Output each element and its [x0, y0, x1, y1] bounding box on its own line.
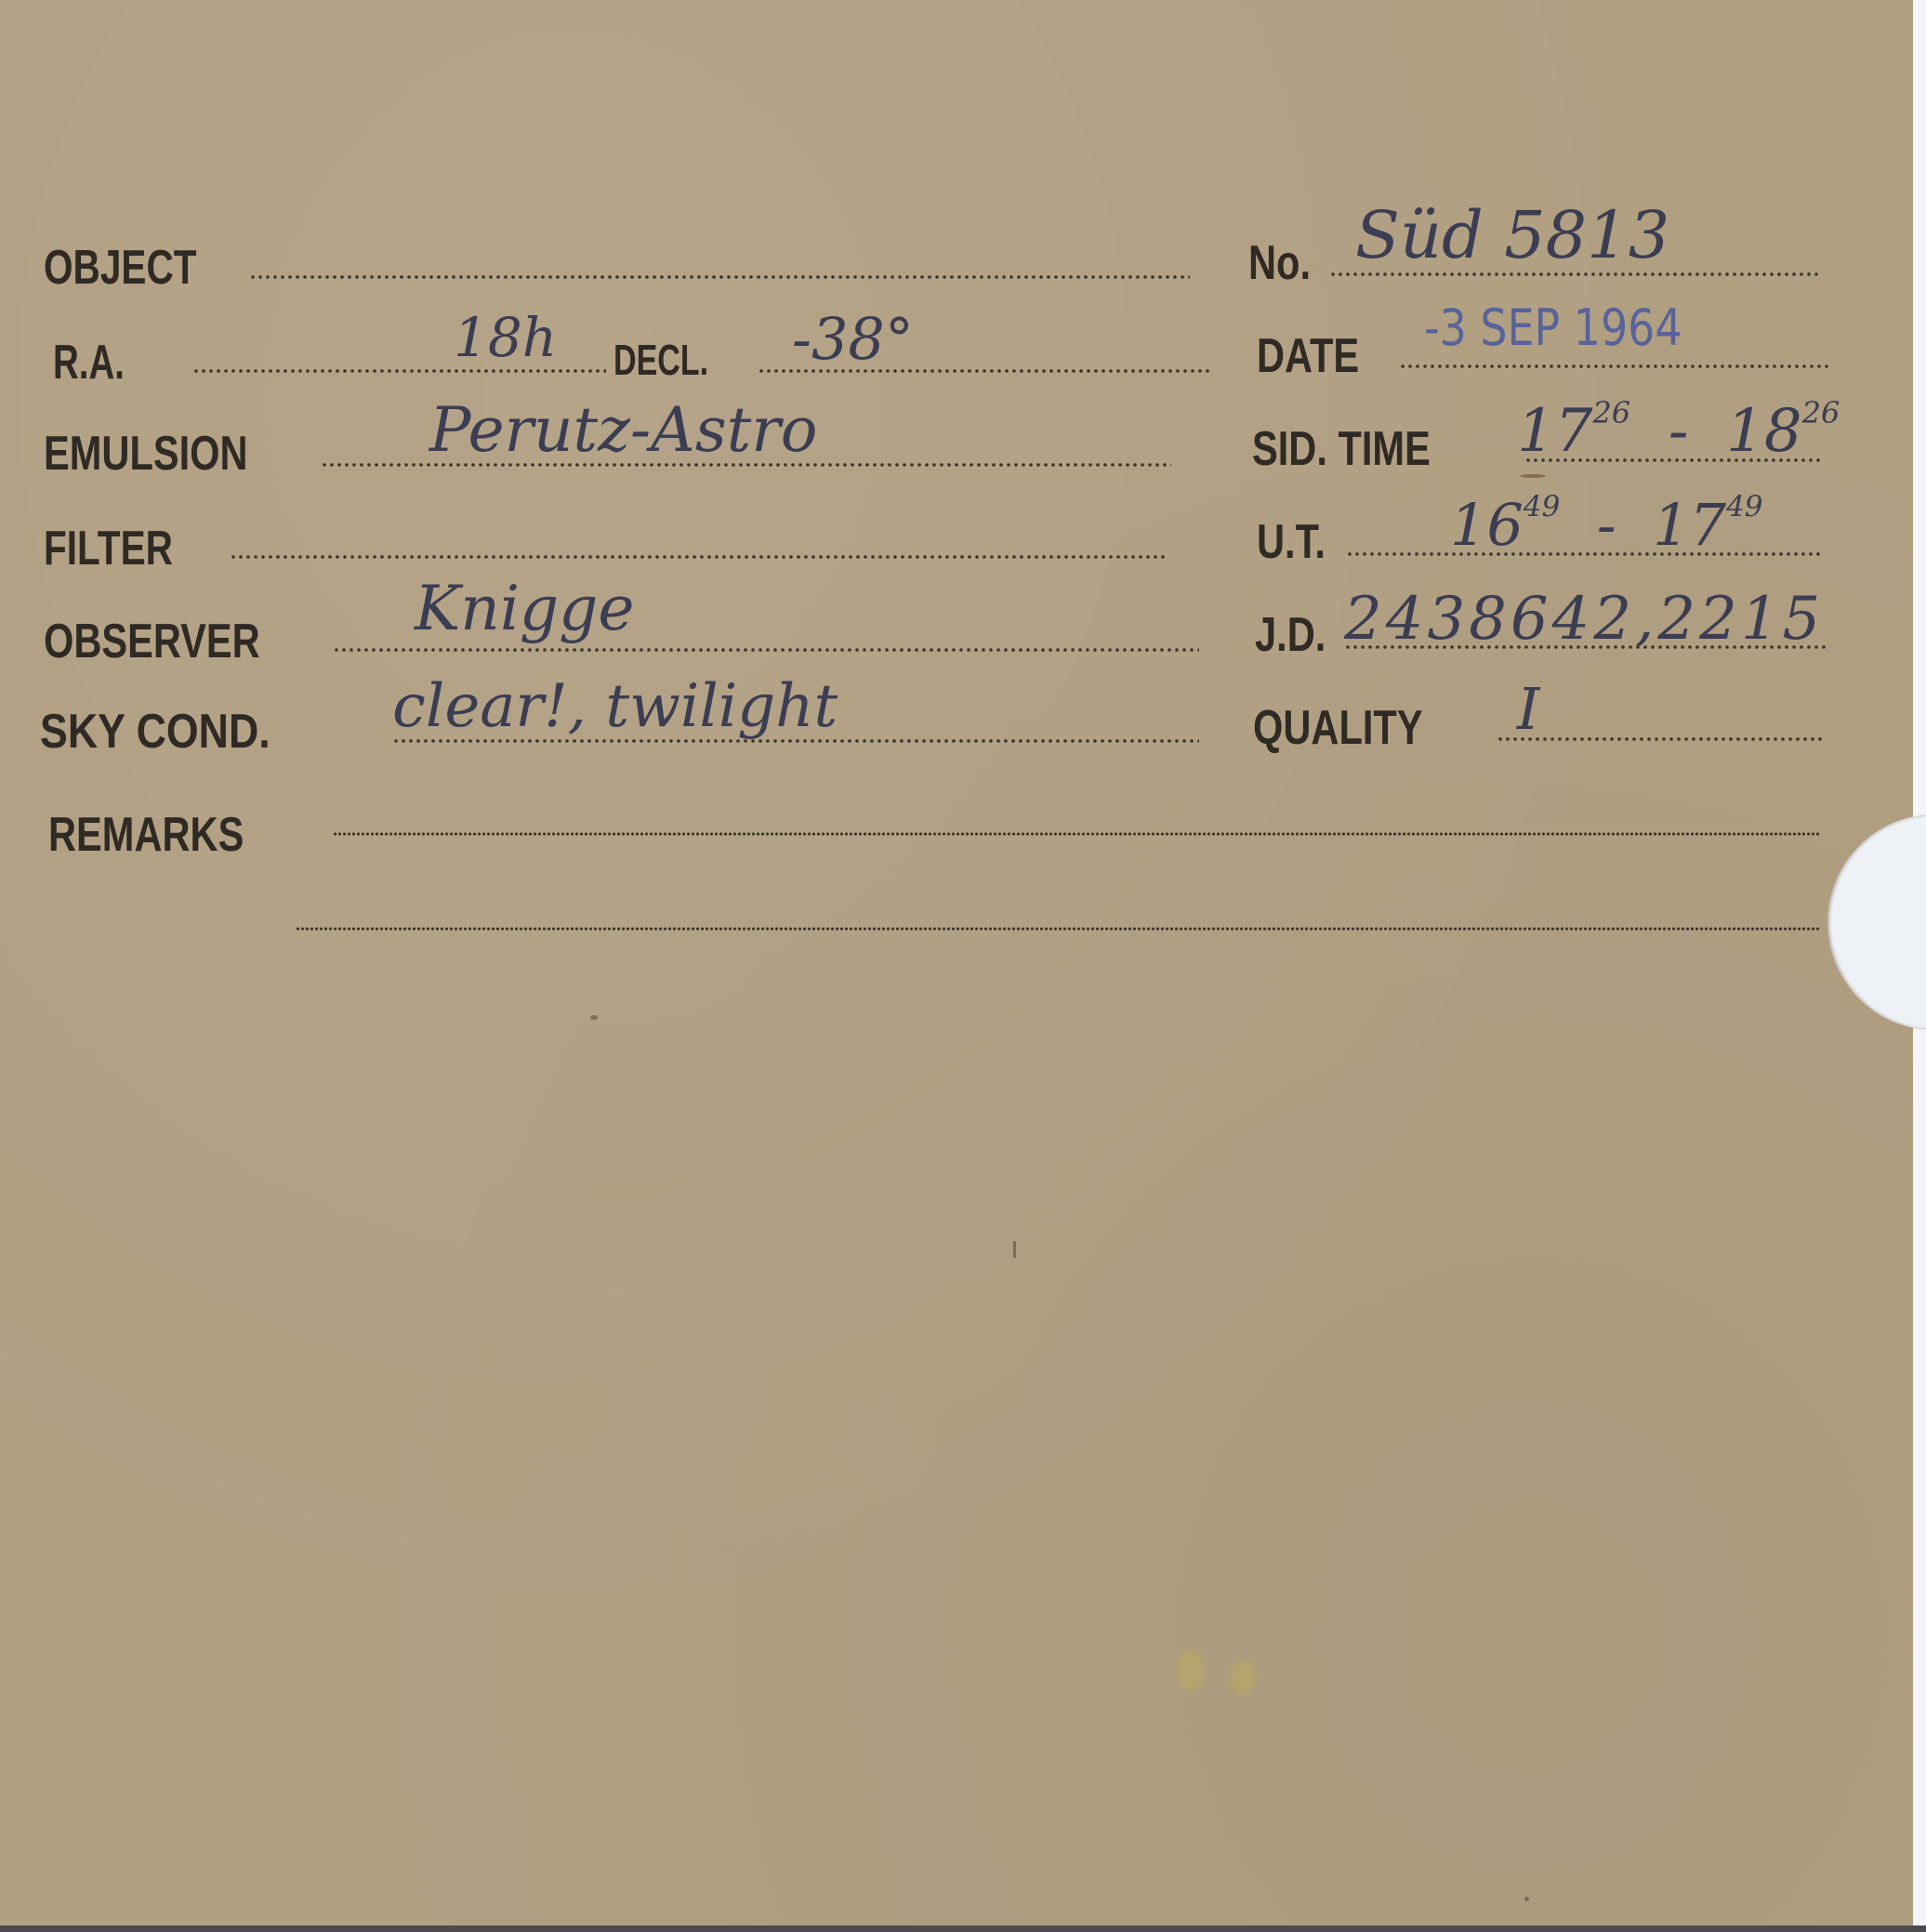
- remarks-label: REMARKS: [48, 811, 244, 859]
- remarks-dotted-line-2: [296, 927, 1820, 931]
- speck-mark: [590, 1015, 598, 1020]
- stain-mark: [1230, 1660, 1256, 1695]
- plate-envelope-card: OBJECT R.A. 18h DECL. -38° EMULSION Peru…: [0, 0, 1913, 1925]
- date-dotted-line: [1399, 364, 1829, 368]
- date-label: DATE: [1257, 332, 1359, 380]
- ut-label: U.T.: [1257, 518, 1326, 566]
- observer-label: OBSERVER: [44, 617, 260, 666]
- speck-mark: [1524, 1897, 1529, 1901]
- sky-cond-label: SKY COND.: [40, 708, 270, 756]
- emulsion-label: EMULSION: [44, 430, 248, 478]
- quality-label: QUALITY: [1253, 704, 1423, 752]
- quality-value: I: [1517, 681, 1540, 738]
- ut-start-min: 49: [1524, 490, 1560, 523]
- decl-value: -38°: [792, 311, 914, 368]
- sid-time-start-min: 26: [1592, 395, 1630, 430]
- sid-time-end-min: 26: [1802, 395, 1840, 430]
- date-stamp: -3 SEP 1964: [1424, 303, 1682, 353]
- object-dotted-line: [249, 275, 1190, 279]
- speck-mark: [1520, 474, 1546, 478]
- scan-bottom-edge: [0, 1925, 1926, 1932]
- decl-label: DECL.: [613, 338, 708, 381]
- ra-value: 18h: [454, 311, 557, 364]
- jd-value: 2438642,2215: [1344, 589, 1824, 649]
- speck-mark: [1013, 1241, 1016, 1258]
- quality-dotted-line: [1497, 737, 1822, 741]
- sid-time-value: 1726 - 1826: [1517, 402, 1840, 461]
- ut-start-hour: 16: [1450, 491, 1524, 559]
- observer-dotted-line: [333, 648, 1199, 652]
- filter-label: FILTER: [44, 524, 173, 573]
- jd-label: J.D.: [1255, 611, 1326, 659]
- sid-time-label: SID. TIME: [1252, 425, 1431, 473]
- stain-mark: [1176, 1650, 1206, 1691]
- remarks-dotted-line-1: [333, 832, 1820, 836]
- sky-cond-value: clear!, twilight: [392, 677, 838, 736]
- ut-end-hour: 17: [1653, 491, 1726, 559]
- emulsion-value: Perutz-Astro: [429, 400, 818, 461]
- no-value: Süd 5813: [1355, 203, 1669, 268]
- object-label: OBJECT: [44, 244, 197, 292]
- ut-end-min: 49: [1726, 490, 1762, 523]
- observer-value: Knigge: [415, 578, 634, 640]
- ra-dotted-line: [192, 369, 606, 373]
- filter-dotted-line: [230, 555, 1167, 559]
- ra-label: R.A.: [53, 338, 125, 387]
- ut-value: 1649 - 1749: [1450, 496, 1763, 554]
- sid-time-end-hour: 18: [1726, 397, 1801, 466]
- no-label: No.: [1248, 239, 1311, 287]
- sid-time-start-hour: 17: [1517, 397, 1592, 466]
